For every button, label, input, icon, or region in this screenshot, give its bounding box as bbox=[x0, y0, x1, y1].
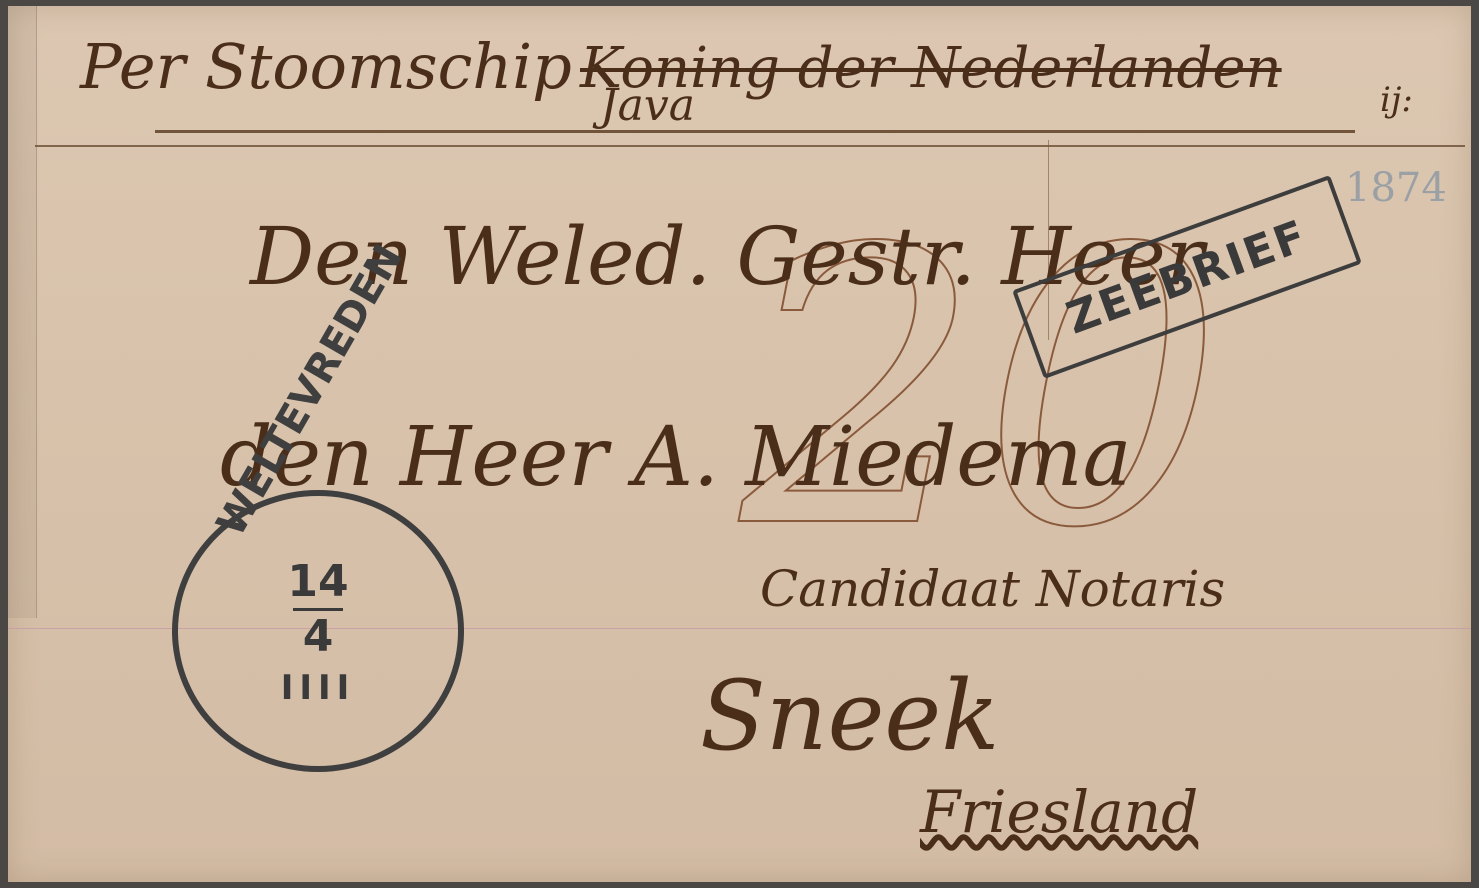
address-occupation: Candidaat Notaris bbox=[760, 560, 1225, 618]
cover-fold-left bbox=[8, 6, 37, 618]
postmark-month: 4 bbox=[293, 608, 343, 662]
address-name-line: den Heer A. Miedema bbox=[220, 410, 1131, 505]
ruled-line bbox=[35, 145, 1465, 147]
address-name: A. Miedema bbox=[634, 410, 1132, 505]
address-province: Friesland bbox=[920, 778, 1198, 846]
underline-stroke bbox=[155, 130, 1355, 133]
route-suffix: ij: bbox=[1380, 80, 1413, 120]
pencil-year-note: 1874 bbox=[1345, 165, 1447, 211]
route-text: Per Stoomschip bbox=[80, 30, 572, 103]
replacement-ship-name: Java bbox=[600, 80, 695, 131]
postmark-day: 14 bbox=[178, 556, 458, 607]
postmark-time: IIII bbox=[178, 668, 458, 708]
circular-datestamp: WELTEVREDEN 14 4 IIII bbox=[172, 490, 464, 772]
address-town: Sneek bbox=[700, 660, 999, 772]
